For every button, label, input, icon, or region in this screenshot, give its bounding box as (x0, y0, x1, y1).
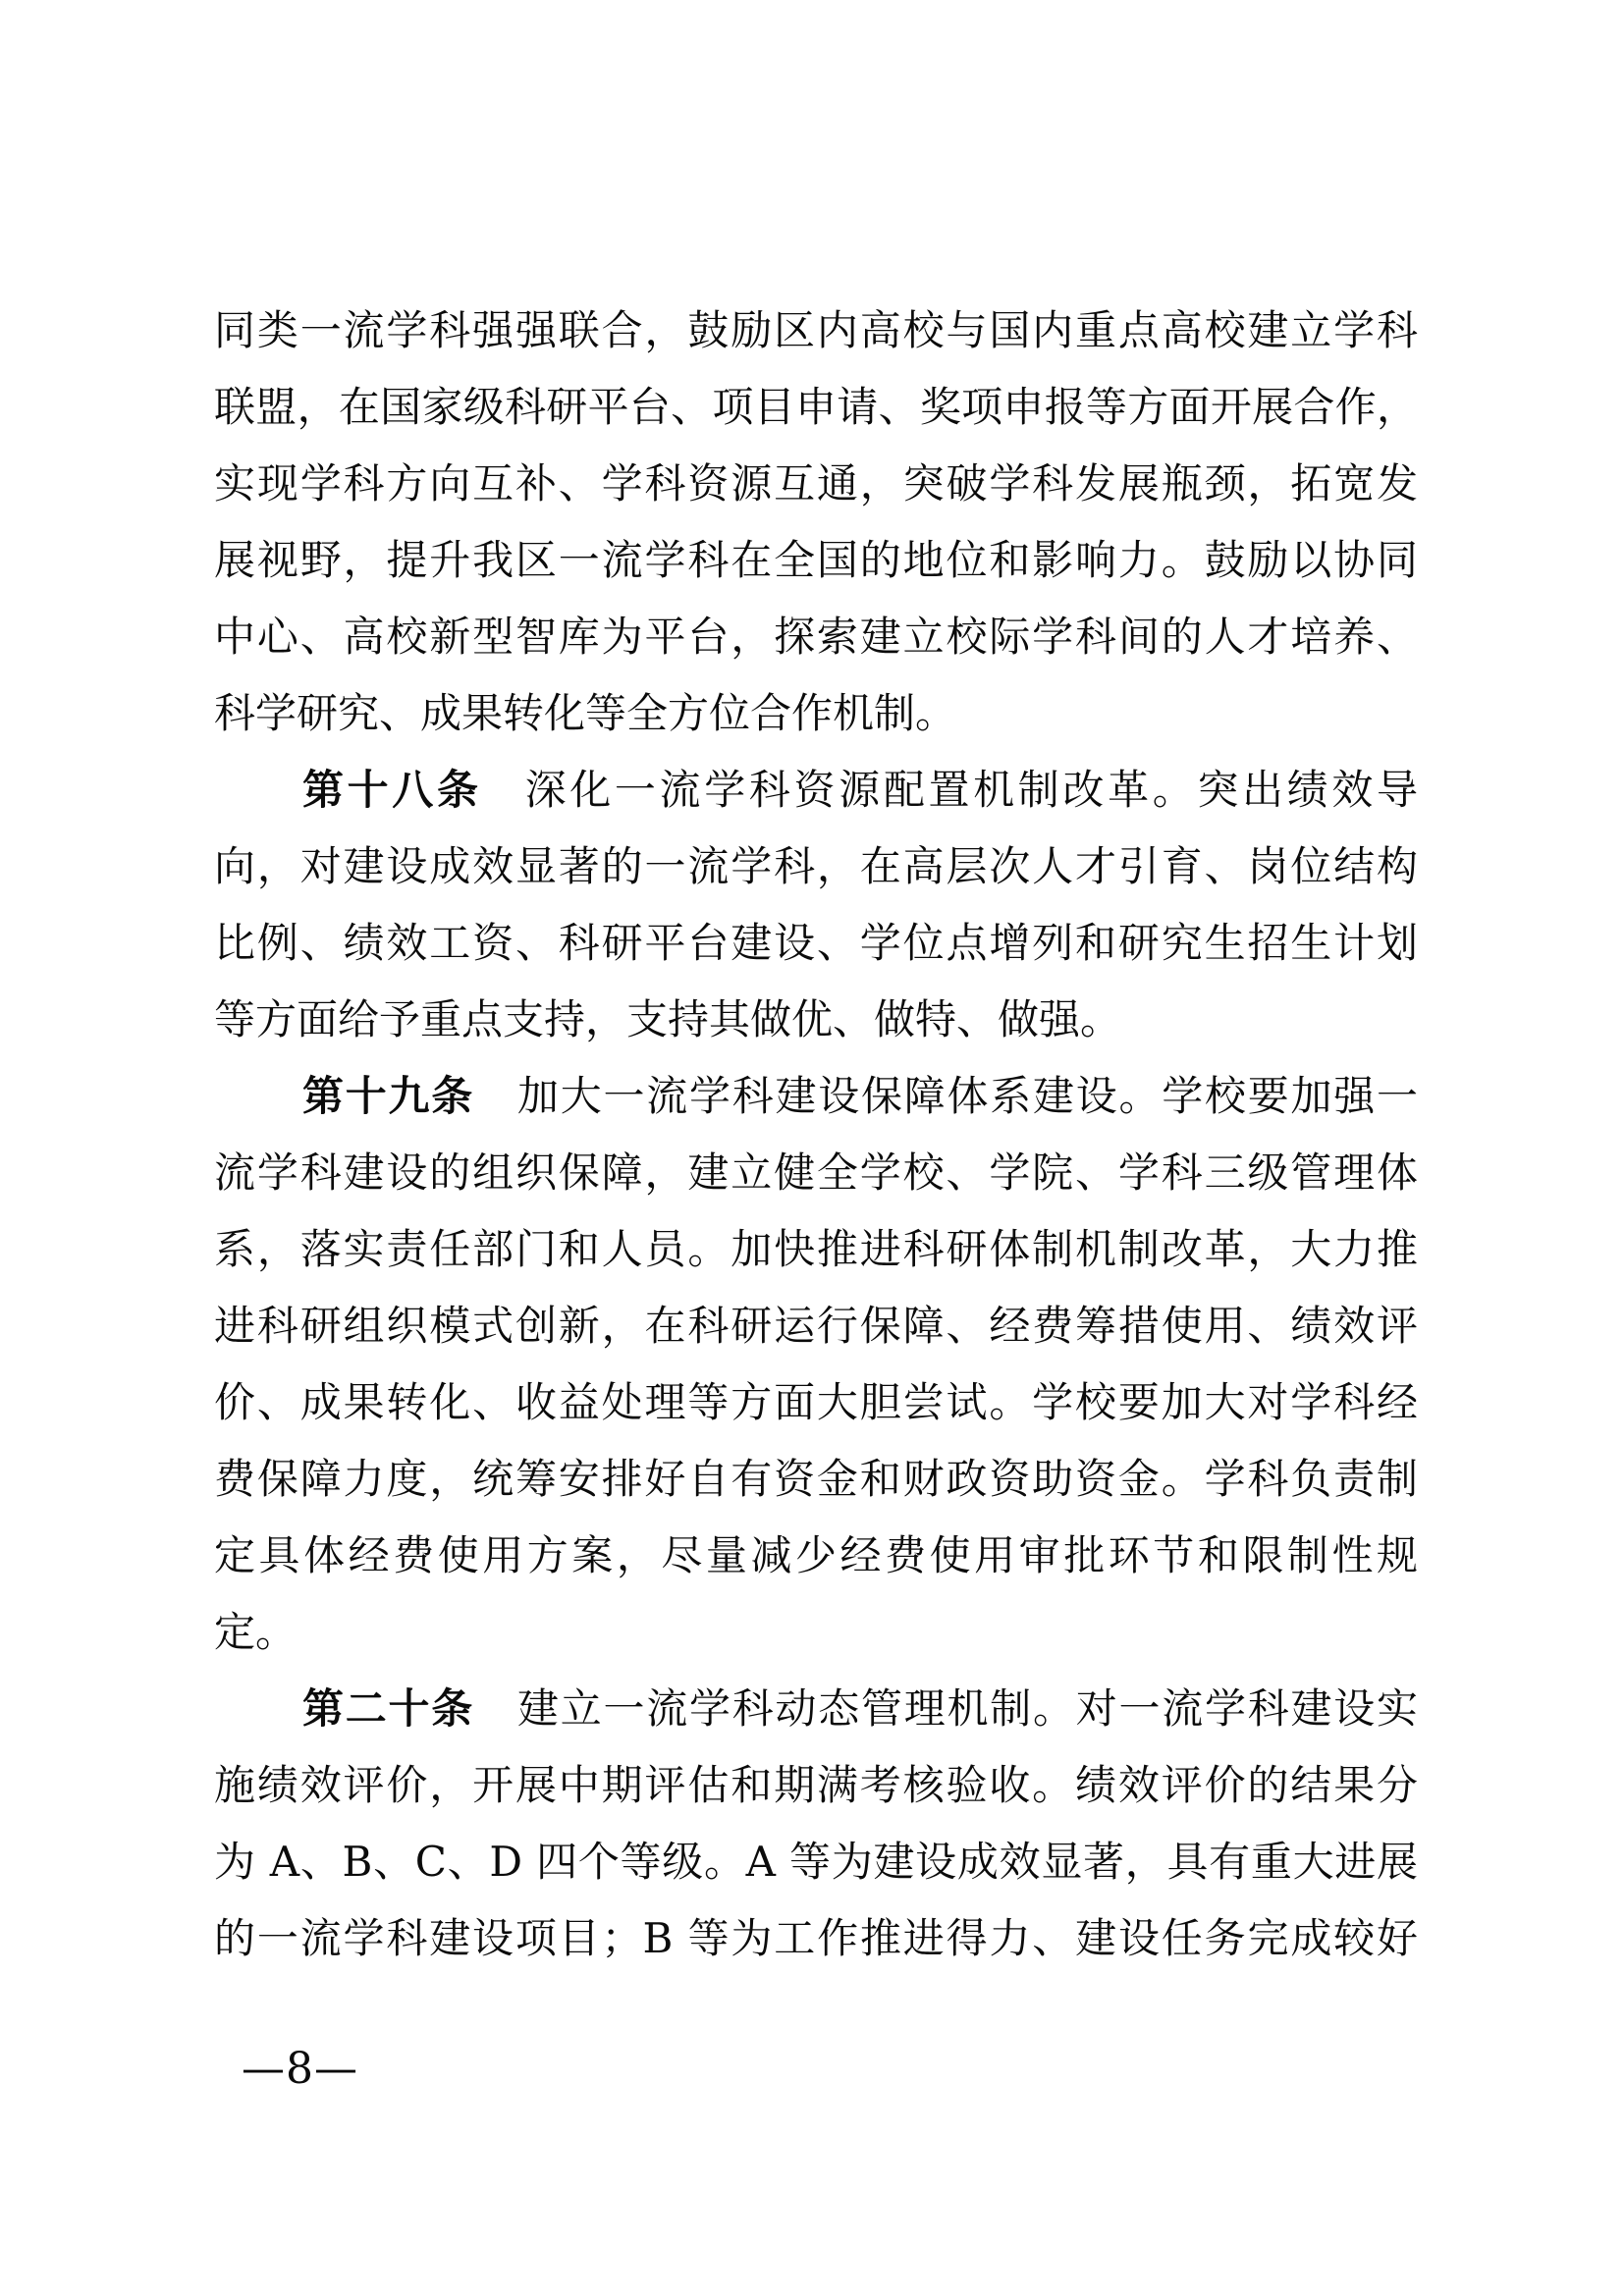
text-line: 流学科建设的组织保障，建立健全学校、学院、学科三级管理体 (214, 1135, 1418, 1211)
article-lead-text: 建立一流学科动态管理机制。对一流学科建设实 (517, 1684, 1418, 1733)
text-line: 实现学科方向互补、学科资源互通，突破学科发展瓶颈，拓宽发 (214, 446, 1418, 522)
text-line: 比例、绩效工资、科研平台建设、学位点增列和研究生招生计划 (214, 905, 1418, 982)
text-line: 定具体经费使用方案，尽量减少经费使用审批环节和限制性规 (214, 1518, 1418, 1594)
paragraph-continuation: 同类一流学科强强联合，鼓励区内高校与国内重点高校建立学科 联盟，在国家级科研平台… (214, 293, 1418, 752)
document-page: 同类一流学科强强联合，鼓励区内高校与国内重点高校建立学科 联盟，在国家级科研平台… (0, 0, 1624, 2296)
paragraph-article-19: 第十九条加大一流学科建设保障体系建设。学校要加强一 流学科建设的组织保障，建立健… (214, 1058, 1418, 1671)
article-lead-text: 深化一流学科资源配置机制改革。突出绩效导 (525, 766, 1418, 814)
paragraph-article-20: 第二十条建立一流学科动态管理机制。对一流学科建设实 施绩效评价，开展中期评估和期… (214, 1671, 1418, 1977)
article-heading: 第二十条 (302, 1684, 474, 1733)
article-heading: 第十八条 (302, 766, 482, 814)
text-line: 向，对建设成效显著的一流学科，在高层次人才引育、岗位结构 (214, 828, 1418, 905)
page-number: —8— (242, 2040, 358, 2099)
text-line: 进科研组织模式创新，在科研运行保障、经费筹措使用、绩效评 (214, 1288, 1418, 1364)
text-line: 的一流学科建设项目；B 等为工作推进得力、建设任务完成较好 (214, 1900, 1418, 1977)
text-line: 等方面给予重点支持，支持其做优、做特、做强。 (214, 982, 1418, 1058)
text-line: 第十九条加大一流学科建设保障体系建设。学校要加强一 (214, 1058, 1418, 1135)
text-line: 第十八条深化一流学科资源配置机制改革。突出绩效导 (214, 752, 1418, 828)
text-line: 展视野，提升我区一流学科在全国的地位和影响力。鼓励以协同 (214, 522, 1418, 599)
text-line: 定。 (214, 1594, 1418, 1671)
document-body: 同类一流学科强强联合，鼓励区内高校与国内重点高校建立学科 联盟，在国家级科研平台… (214, 293, 1418, 1977)
text-line: 同类一流学科强强联合，鼓励区内高校与国内重点高校建立学科 (214, 293, 1418, 369)
text-line: 联盟，在国家级科研平台、项目申请、奖项申报等方面开展合作， (214, 369, 1418, 446)
article-lead-text: 加大一流学科建设保障体系建设。学校要加强一 (517, 1072, 1418, 1120)
text-line: 施绩效评价，开展中期评估和期满考核验收。绩效评价的结果分 (214, 1747, 1418, 1824)
text-line: 价、成果转化、收益处理等方面大胆尝试。学校要加大对学科经 (214, 1364, 1418, 1441)
text-line: 系，落实责任部门和人员。加快推进科研体制机制改革，大力推 (214, 1211, 1418, 1288)
text-line: 第二十条建立一流学科动态管理机制。对一流学科建设实 (214, 1671, 1418, 1747)
article-heading: 第十九条 (302, 1072, 474, 1120)
text-line: 中心、高校新型智库为平台，探索建立校际学科间的人才培养、 (214, 599, 1418, 675)
paragraph-article-18: 第十八条深化一流学科资源配置机制改革。突出绩效导 向，对建设成效显著的一流学科，… (214, 752, 1418, 1058)
text-line: 费保障力度，统筹安排好自有资金和财政资助资金。学科负责制 (214, 1441, 1418, 1518)
text-line: 科学研究、成果转化等全方位合作机制。 (214, 675, 1418, 752)
text-line: 为 A、B、C、D 四个等级。A 等为建设成效显著，具有重大进展 (214, 1824, 1418, 1900)
